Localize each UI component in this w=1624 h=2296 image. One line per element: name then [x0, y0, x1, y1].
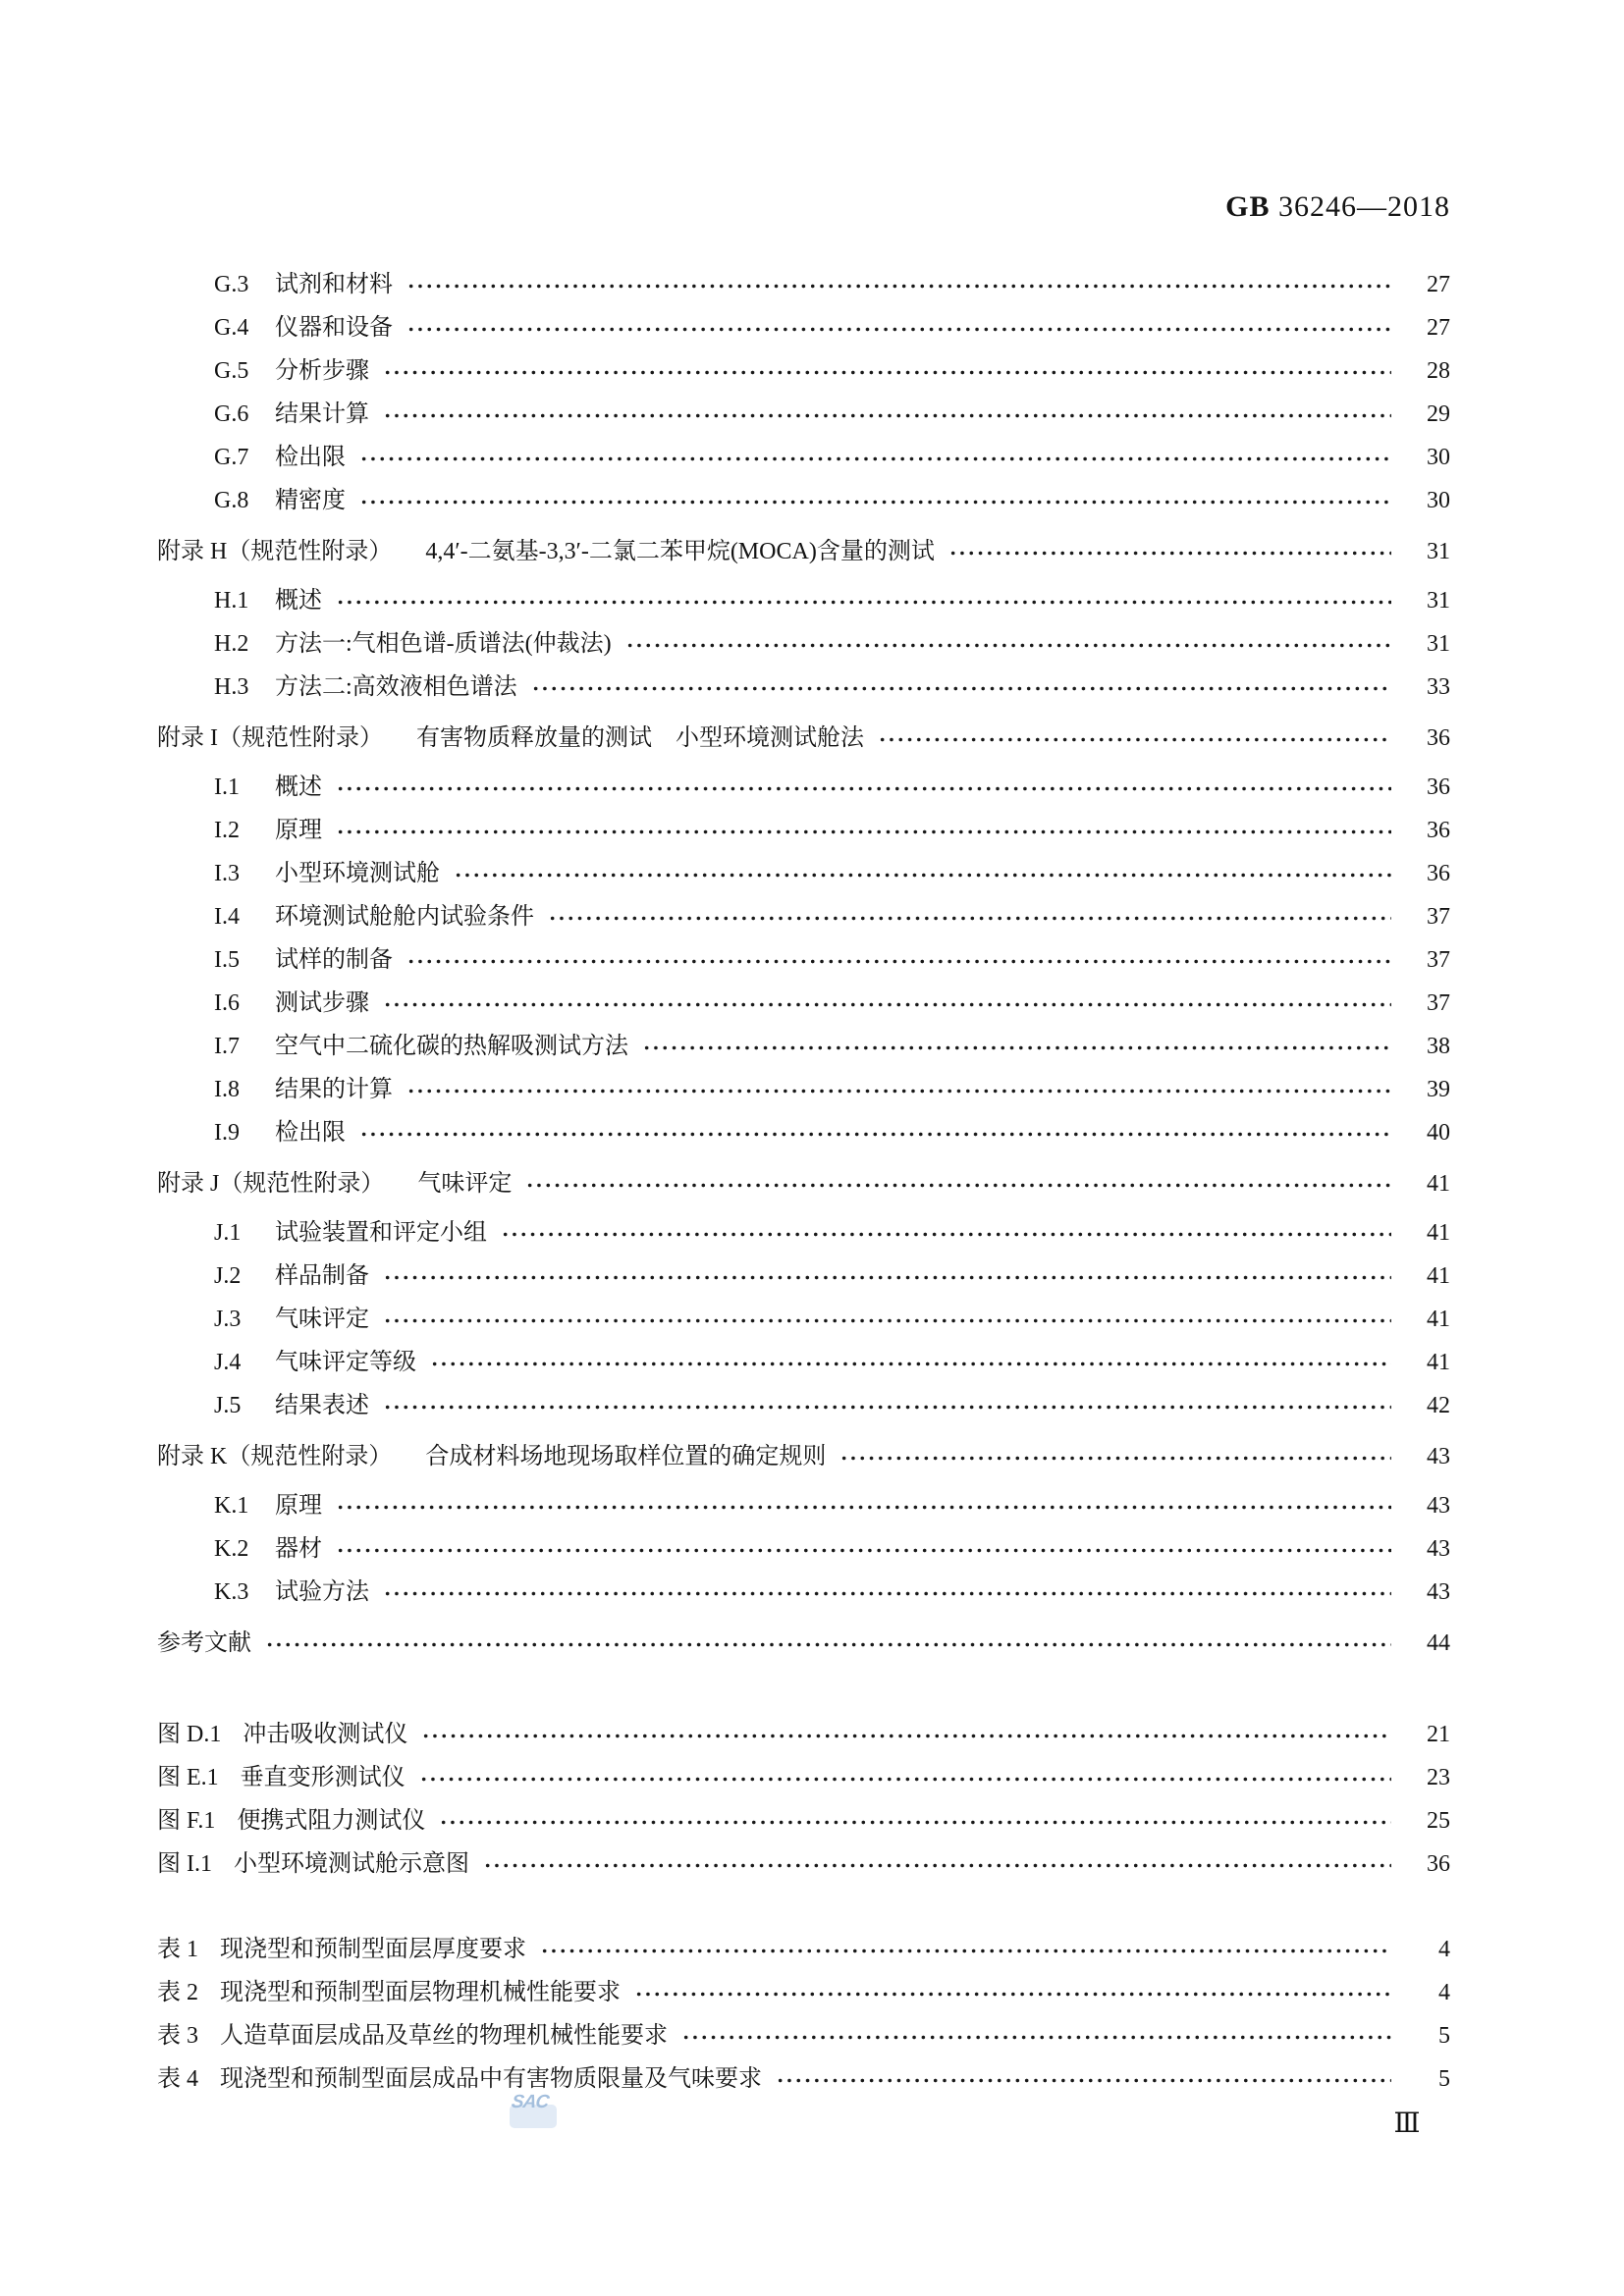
entry-label: 表 3	[157, 2014, 198, 2057]
entry-title: 概述	[275, 766, 322, 809]
entry-title: 垂直变形测试仪	[241, 1756, 406, 1799]
entry-title: 冲击吸收测试仪	[243, 1713, 407, 1756]
entry-title: 试验方法	[275, 1571, 369, 1614]
toc-row: G.6 结果计算 29	[157, 393, 1450, 436]
dot-leader	[948, 530, 1391, 573]
entry-label: 附录 I（规范性附录）	[157, 717, 383, 760]
toc-row: K.3 试验方法 43	[157, 1571, 1450, 1614]
entry-page: 40	[1399, 1111, 1450, 1154]
toc-row: I.8 结果的计算 39	[157, 1068, 1450, 1111]
entry-label: 附录 H（规范性附录）	[157, 530, 392, 573]
entry-page: 31	[1399, 579, 1450, 622]
standard-code-header: GB 36246—2018	[0, 190, 1450, 224]
toc-row: I.6 测试步骤 37	[157, 982, 1450, 1025]
entry-page: 41	[1399, 1298, 1450, 1341]
dot-leader	[419, 1756, 1391, 1799]
toc-row: 附录 I（规范性附录） 有害物质释放量的测试 小型环境测试舱法 36	[157, 717, 1450, 760]
entry-page: 36	[1399, 766, 1450, 809]
entry-title: 人造草面层成品及草丝的物理机械性能要求	[220, 2014, 668, 2057]
table-of-contents: G.3 试剂和材料 27 G.4 仪器和设备 27 G.5 分析步骤 28 G.…	[157, 263, 1450, 2101]
entry-page: 43	[1399, 1527, 1450, 1571]
toc-row: 附录 J（规范性附录） 气味评定 41	[157, 1162, 1450, 1205]
entry-title: 现浇型和预制型面层成品中有害物质限量及气味要求	[220, 2057, 762, 2101]
entry-page: 4	[1399, 1971, 1450, 2014]
dot-leader	[336, 1527, 1391, 1571]
entry-label: I.2	[214, 809, 275, 852]
dot-leader	[336, 766, 1391, 809]
entry-title: 原理	[275, 1484, 322, 1527]
entry-label: I.5	[214, 938, 275, 982]
toc-row: J.2 样品制备 41	[157, 1255, 1450, 1298]
dot-leader	[454, 852, 1391, 895]
dot-leader	[406, 263, 1391, 306]
entry-page: 27	[1399, 306, 1450, 349]
dot-leader	[501, 1211, 1391, 1255]
toc-row: G.7 检出限 30	[157, 436, 1450, 479]
entry-label: G.6	[214, 393, 275, 436]
entry-title: 环境测试舱舱内试验条件	[275, 895, 534, 938]
entry-page: 29	[1399, 393, 1450, 436]
dot-leader	[642, 1025, 1391, 1068]
entry-page: 33	[1399, 666, 1450, 709]
entry-title: 合成材料场地现场取样位置的确定规则	[425, 1435, 826, 1478]
entry-page: 43	[1399, 1484, 1450, 1527]
entry-page: 38	[1399, 1025, 1450, 1068]
entry-label: 附录 K（规范性附录）	[157, 1435, 392, 1478]
dot-leader	[383, 1298, 1391, 1341]
entry-title: 方法二:高效液相色谱法	[275, 666, 517, 709]
entry-page: 5	[1399, 2014, 1450, 2057]
entry-title: 结果计算	[275, 393, 369, 436]
entry-label: J.5	[214, 1384, 275, 1427]
toc-row: I.3 小型环境测试舱 36	[157, 852, 1450, 895]
entry-label: J.1	[214, 1211, 275, 1255]
toc-row: J.3 气味评定 41	[157, 1298, 1450, 1341]
entry-title: 器材	[275, 1527, 322, 1571]
entry-title: 小型环境测试舱示意图	[234, 1842, 469, 1886]
entry-label: J.2	[214, 1255, 275, 1298]
document-page: GB 36246—2018 G.3 试剂和材料 27 G.4 仪器和设备 27 …	[0, 0, 1624, 2296]
entry-title: 气味评定等级	[275, 1341, 416, 1384]
entry-label: 图 E.1	[157, 1756, 219, 1799]
dot-leader	[265, 1622, 1391, 1665]
entry-page: 36	[1399, 809, 1450, 852]
dot-leader	[383, 349, 1391, 393]
toc-row: G.5 分析步骤 28	[157, 349, 1450, 393]
toc-figure-list: 图 D.1 冲击吸收测试仪 21 图 E.1 垂直变形测试仪 23 图 F.1 …	[157, 1713, 1450, 1886]
entry-page: 25	[1399, 1799, 1450, 1842]
dot-leader	[439, 1799, 1391, 1842]
dot-leader	[406, 938, 1391, 982]
entry-page: 21	[1399, 1713, 1450, 1756]
entry-label: 图 F.1	[157, 1799, 215, 1842]
dot-leader	[359, 436, 1391, 479]
dot-leader	[406, 1068, 1391, 1111]
dot-leader	[383, 393, 1391, 436]
toc-row: 表 2 现浇型和预制型面层物理机械性能要求 4	[157, 1971, 1450, 2014]
toc-row: 图 E.1 垂直变形测试仪 23	[157, 1756, 1450, 1799]
dot-leader	[839, 1435, 1391, 1478]
entry-label: K.1	[214, 1484, 275, 1527]
entry-page: 37	[1399, 938, 1450, 982]
entry-page: 36	[1399, 717, 1450, 760]
entry-title: 试剂和材料	[275, 263, 393, 306]
entry-label: K.2	[214, 1527, 275, 1571]
entry-title: 检出限	[275, 1111, 346, 1154]
dot-leader	[359, 479, 1391, 522]
entry-label: G.5	[214, 349, 275, 393]
entry-page: 28	[1399, 349, 1450, 393]
toc-row: G.4 仪器和设备 27	[157, 306, 1450, 349]
entry-label: H.2	[214, 622, 275, 666]
toc-row: I.9 检出限 40	[157, 1111, 1450, 1154]
toc-row: 图 F.1 便携式阻力测试仪 25	[157, 1799, 1450, 1842]
entry-label: 表 2	[157, 1971, 198, 2014]
toc-row: I.2 原理 36	[157, 809, 1450, 852]
dot-leader	[383, 1384, 1391, 1427]
entry-page: 31	[1399, 622, 1450, 666]
entry-label: I.6	[214, 982, 275, 1025]
entry-title: 概述	[275, 579, 322, 622]
toc-row: H.2 方法一:气相色谱-质谱法(仲裁法) 31	[157, 622, 1450, 666]
toc-row: J.4 气味评定等级 41	[157, 1341, 1450, 1384]
entry-page: 30	[1399, 479, 1450, 522]
entry-label: G.3	[214, 263, 275, 306]
entry-page: 5	[1399, 2057, 1450, 2101]
entry-title: 测试步骤	[275, 982, 369, 1025]
entry-page: 27	[1399, 263, 1450, 306]
entry-label: I.3	[214, 852, 275, 895]
toc-row: G.3 试剂和材料 27	[157, 263, 1450, 306]
entry-label: 表 4	[157, 2057, 198, 2101]
toc-row: K.2 器材 43	[157, 1527, 1450, 1571]
entry-label: H.1	[214, 579, 275, 622]
entry-page: 36	[1399, 1842, 1450, 1886]
toc-row: I.5 试样的制备 37	[157, 938, 1450, 982]
entry-label: J.3	[214, 1298, 275, 1341]
entry-label: I.7	[214, 1025, 275, 1068]
toc-row: G.8 精密度 30	[157, 479, 1450, 522]
entry-label: I.9	[214, 1111, 275, 1154]
dot-leader	[383, 1571, 1391, 1614]
entry-title: 气味评定	[275, 1298, 369, 1341]
entry-label: G.4	[214, 306, 275, 349]
dot-leader	[483, 1842, 1391, 1886]
entry-page: 37	[1399, 982, 1450, 1025]
dot-leader	[383, 982, 1391, 1025]
entry-title: 方法一:气相色谱-质谱法(仲裁法)	[275, 622, 612, 666]
entry-page: 31	[1399, 530, 1450, 573]
toc-row: 图 I.1 小型环境测试舱示意图 36	[157, 1842, 1450, 1886]
entry-label: 图 I.1	[157, 1842, 212, 1886]
toc-row: K.1 原理 43	[157, 1484, 1450, 1527]
entry-page: 41	[1399, 1255, 1450, 1298]
toc-row: 表 3 人造草面层成品及草丝的物理机械性能要求 5	[157, 2014, 1450, 2057]
toc-row: J.1 试验装置和评定小组 41	[157, 1211, 1450, 1255]
entry-title: 原理	[275, 809, 322, 852]
toc-row: 附录 H（规范性附录） 4,4′-二氨基-3,3′-二氯二苯甲烷(MOCA)含量…	[157, 530, 1450, 573]
toc-row: I.4 环境测试舱舱内试验条件 37	[157, 895, 1450, 938]
toc-row: 图 D.1 冲击吸收测试仪 21	[157, 1713, 1450, 1756]
dot-leader	[878, 717, 1391, 760]
entry-title: 气味评定	[417, 1162, 512, 1205]
entry-page: 37	[1399, 895, 1450, 938]
standard-code-prefix: GB	[1225, 190, 1270, 223]
entry-title: 4,4′-二氨基-3,3′-二氯二苯甲烷(MOCA)含量的测试	[425, 530, 934, 573]
standard-code-number: 36246—2018	[1278, 190, 1450, 223]
entry-label: H.3	[214, 666, 275, 709]
entry-page: 39	[1399, 1068, 1450, 1111]
entry-title: 检出限	[275, 436, 346, 479]
entry-page: 30	[1399, 436, 1450, 479]
dot-leader	[383, 1255, 1391, 1298]
entry-title: 小型环境测试舱	[275, 852, 440, 895]
dot-leader	[548, 895, 1391, 938]
toc-row: 参考文献 44	[157, 1622, 1450, 1665]
dot-leader	[776, 2057, 1391, 2101]
toc-row: 附录 K（规范性附录） 合成材料场地现场取样位置的确定规则 43	[157, 1435, 1450, 1478]
entry-page: 23	[1399, 1756, 1450, 1799]
dot-leader	[421, 1713, 1391, 1756]
toc-row: J.5 结果表述 42	[157, 1384, 1450, 1427]
page-number-footer: Ⅲ	[1382, 2107, 1432, 2140]
dot-leader	[336, 1484, 1391, 1527]
entry-label: J.4	[214, 1341, 275, 1384]
entry-title: 结果表述	[275, 1384, 369, 1427]
entry-title: 空气中二硫化碳的热解吸测试方法	[275, 1025, 628, 1068]
toc-table-list: 表 1 现浇型和预制型面层厚度要求 4 表 2 现浇型和预制型面层物理机械性能要…	[157, 1928, 1450, 2101]
entry-page: 41	[1399, 1162, 1450, 1205]
dot-leader	[634, 1971, 1391, 2014]
entry-title: 试样的制备	[275, 938, 393, 982]
dot-leader	[625, 622, 1391, 666]
toc-section-list: G.3 试剂和材料 27 G.4 仪器和设备 27 G.5 分析步骤 28 G.…	[157, 263, 1450, 1665]
toc-row: H.3 方法二:高效液相色谱法 33	[157, 666, 1450, 709]
entry-label: 参考文献	[157, 1622, 251, 1665]
entry-title: 精密度	[275, 479, 346, 522]
dot-leader	[406, 306, 1391, 349]
toc-row: I.7 空气中二硫化碳的热解吸测试方法 38	[157, 1025, 1450, 1068]
entry-title: 试验装置和评定小组	[275, 1211, 487, 1255]
entry-label: 附录 J（规范性附录）	[157, 1162, 384, 1205]
entry-label: 表 1	[157, 1928, 198, 1971]
entry-page: 42	[1399, 1384, 1450, 1427]
entry-page: 4	[1399, 1928, 1450, 1971]
entry-label: G.7	[214, 436, 275, 479]
entry-title: 现浇型和预制型面层物理机械性能要求	[220, 1971, 621, 2014]
entry-label: I.4	[214, 895, 275, 938]
entry-title: 分析步骤	[275, 349, 369, 393]
entry-page: 44	[1399, 1622, 1450, 1665]
dot-leader	[531, 666, 1391, 709]
dot-leader	[430, 1341, 1391, 1384]
entry-page: 41	[1399, 1211, 1450, 1255]
entry-label: K.3	[214, 1571, 275, 1614]
entry-page: 43	[1399, 1435, 1450, 1478]
dot-leader	[525, 1162, 1391, 1205]
entry-title: 便携式阻力测试仪	[237, 1799, 425, 1842]
entry-title: 样品制备	[275, 1255, 369, 1298]
dot-leader	[336, 809, 1391, 852]
toc-row: 表 1 现浇型和预制型面层厚度要求 4	[157, 1928, 1450, 1971]
entry-title: 有害物质释放量的测试 小型环境测试舱法	[416, 717, 864, 760]
entry-page: 36	[1399, 852, 1450, 895]
entry-title: 现浇型和预制型面层厚度要求	[220, 1928, 526, 1971]
entry-page: 41	[1399, 1341, 1450, 1384]
dot-leader	[681, 2014, 1391, 2057]
entry-label: 图 D.1	[157, 1713, 221, 1756]
entry-label: I.1	[214, 766, 275, 809]
entry-label: I.8	[214, 1068, 275, 1111]
sac-watermark-shape	[510, 2105, 557, 2128]
toc-row: 表 4 现浇型和预制型面层成品中有害物质限量及气味要求 5	[157, 2057, 1450, 2101]
entry-label: G.8	[214, 479, 275, 522]
entry-title: 仪器和设备	[275, 306, 393, 349]
toc-row: H.1 概述 31	[157, 579, 1450, 622]
dot-leader	[359, 1111, 1391, 1154]
dot-leader	[336, 579, 1391, 622]
toc-row: I.1 概述 36	[157, 766, 1450, 809]
entry-page: 43	[1399, 1571, 1450, 1614]
dot-leader	[540, 1928, 1391, 1971]
entry-title: 结果的计算	[275, 1068, 393, 1111]
